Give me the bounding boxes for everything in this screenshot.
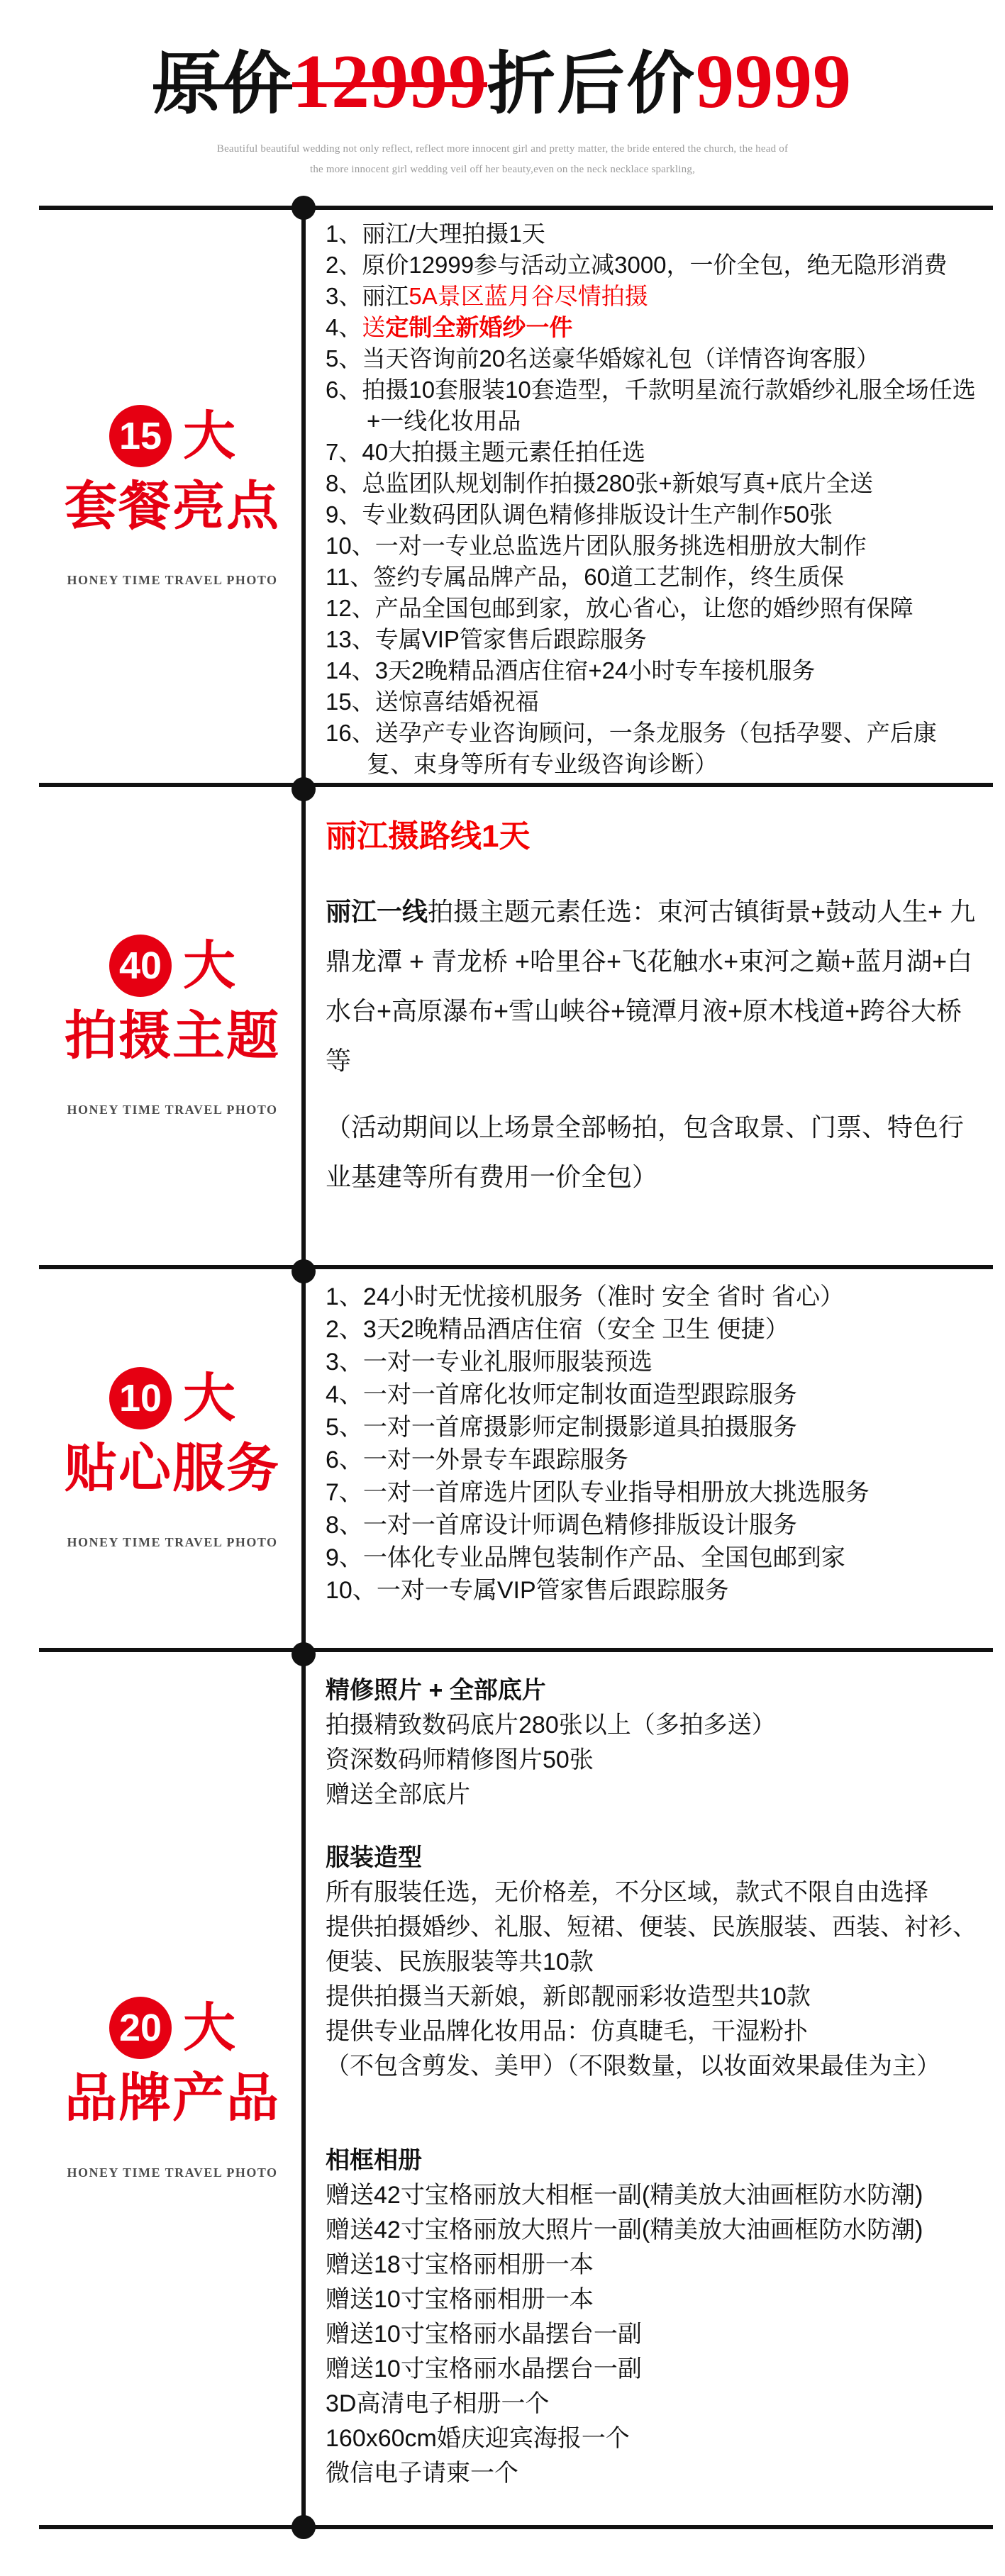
- section-label-title: 套餐亮点: [65, 476, 280, 536]
- section-content: 1、丽江/大理拍摄1天 2、原价12999参与活动立减3000，一价全包，绝无隐…: [306, 210, 993, 783]
- section-brand-products: 20 大 品牌产品 HONEY TIME TRAVEL PHOTO 精修照片 +…: [39, 1652, 993, 2529]
- item-text-red: 送: [362, 314, 385, 340]
- item-row: 3、一对一专业礼服师服装预选: [326, 1346, 977, 1378]
- badge-circle: 20: [109, 1997, 172, 2059]
- item-row: 15、送惊喜结婚祝福: [326, 686, 977, 718]
- item-text: 8、总监团队规划制作拍摄280张+新娘写真+底片全送: [326, 470, 873, 496]
- promo-page: 原价12999折后价9999 Beautiful beautiful weddi…: [0, 0, 1005, 2576]
- badge-number: 40: [119, 947, 162, 985]
- badge-number: 20: [119, 2009, 162, 2047]
- item-row: 11、签约专属品牌产品，60道工艺制作，终生质保: [326, 562, 977, 593]
- section-photo-themes: 40 大 拍摄主题 HONEY TIME TRAVEL PHOTO 丽江摄路线1…: [39, 787, 993, 1269]
- badge-row: 15 大: [109, 405, 235, 467]
- item-row: 1、丽江/大理拍摄1天: [326, 218, 977, 250]
- item-row: 7、一对一首席选片团队专业指导相册放大挑选服务: [326, 1476, 977, 1509]
- discount-price-label: 折后价: [487, 46, 696, 122]
- block-line: 拍摄精致数码底片280张以上（多拍多送）: [326, 1708, 977, 1743]
- badge-unit: 大: [183, 1372, 235, 1424]
- badge-circle: 10: [109, 1367, 172, 1429]
- item-row: 12、产品全国包邮到家，放心省心，让您的婚纱照有保障: [326, 593, 977, 624]
- english-subtitle-line2: the more innocent girl wedding veil off …: [310, 164, 695, 175]
- item-row: 8、总监团队规划制作拍摄280张+新娘写真+底片全送: [326, 468, 977, 499]
- original-price-label: 原价: [153, 46, 292, 122]
- route-description-lead: 丽江一线: [326, 897, 428, 926]
- item-text: 4、: [326, 314, 362, 340]
- item-text: 14、3天2晚精品酒店住宿+24小时专车接机服务: [326, 657, 815, 684]
- section-content: 精修照片 + 全部底片 拍摄精致数码底片280张以上（多拍多送） 资深数码师精修…: [306, 1652, 993, 2525]
- section-label-title: 品牌产品: [65, 2068, 280, 2128]
- block-heading: 相框相册: [326, 2143, 977, 2178]
- block-line: 提供专业品牌化妆用品：仿真睫毛，干湿粉扑: [326, 2014, 977, 2049]
- item-text-red: 5A景区蓝月谷尽情拍摄: [409, 283, 648, 309]
- english-subtitle-line1: Beautiful beautiful wedding not only ref…: [217, 143, 788, 155]
- block-line: 赠送全部底片: [326, 1778, 977, 1812]
- item-row: 2、原价12999参与活动立减3000，一价全包，绝无隐形消费: [326, 250, 977, 281]
- section-content: 1、24小时无忧接机服务（准时 安全 省时 省心） 2、3天2晚精品酒店住宿（安…: [306, 1269, 993, 1648]
- block-line: 赠送42寸宝格丽放大照片一副(精美放大油画框防水防潮): [326, 2213, 977, 2248]
- section-label: 40 大 拍摄主题 HONEY TIME TRAVEL PHOTO: [39, 787, 306, 1265]
- original-price-value: 12999: [292, 40, 487, 124]
- item-text: 10、一对一专业总监选片团队服务挑选相册放大制作: [326, 533, 867, 559]
- item-row: 4、送定制全新婚纱一件: [326, 312, 977, 343]
- item-row: 16、送孕产专业咨询顾问，一条龙服务（包括孕婴、产后康复、束身等所有专业级咨询诊…: [326, 718, 977, 780]
- item-row: 2、3天2晚精品酒店住宿（安全 卫生 便捷）: [326, 1313, 977, 1346]
- item-row: 10、一对一专业总监选片团队服务挑选相册放大制作: [326, 530, 977, 562]
- item-text: 2、原价12999参与活动立减3000，一价全包，绝无隐形消费: [326, 252, 948, 278]
- badge-number: 10: [119, 1379, 162, 1417]
- badge-row: 10 大: [109, 1367, 235, 1429]
- divider-dot: [291, 777, 316, 801]
- badge-row: 20 大: [109, 1997, 235, 2059]
- block-line: 赠送18寸宝格丽相册一本: [326, 2248, 977, 2282]
- badge-circle: 15: [109, 405, 172, 467]
- badge-circle: 40: [109, 935, 172, 997]
- item-text: 7、40大拍摄主题元素任拍任选: [326, 439, 645, 465]
- package-panel: 15 大 套餐亮点 HONEY TIME TRAVEL PHOTO 1、丽江/大…: [39, 206, 993, 2529]
- block-line: 赠送10寸宝格丽水晶摆台一副: [326, 2317, 977, 2352]
- item-row: 7、40大拍摄主题元素任拍任选: [326, 437, 977, 468]
- badge-unit: 大: [183, 410, 235, 462]
- item-text: 5、当天咨询前20名送豪华婚嫁礼包（详情咨询客服）: [326, 345, 879, 372]
- item-row: 9、专业数码团队调色精修排版设计生产制作50张: [326, 499, 977, 530]
- item-row: 8、一对一首席设计师调色精修排版设计服务: [326, 1509, 977, 1541]
- item-row: 9、一体化专业品牌包装制作产品、全国包邮到家: [326, 1541, 977, 1574]
- item-text: 3、丽江: [326, 283, 409, 309]
- section-care-services: 10 大 贴心服务 HONEY TIME TRAVEL PHOTO 1、24小时…: [39, 1269, 993, 1652]
- divider-dot: [291, 196, 316, 220]
- route-note: （活动期间以上场景全部畅拍，包含取景、门票、特色行业基建等所有费用一价全包）: [326, 1103, 977, 1202]
- brand-caption: HONEY TIME TRAVEL PHOTO: [67, 1535, 277, 1550]
- badge-unit: 大: [183, 939, 235, 992]
- section-label: 15 大 套餐亮点 HONEY TIME TRAVEL PHOTO: [39, 210, 306, 783]
- divider-vertical-line: [301, 206, 306, 2529]
- english-subtitle: Beautiful beautiful wedding not only ref…: [0, 139, 1005, 179]
- section-label: 20 大 品牌产品 HONEY TIME TRAVEL PHOTO: [39, 1652, 306, 2525]
- item-row: 5、当天咨询前20名送豪华婚嫁礼包（详情咨询客服）: [326, 343, 977, 374]
- item-text: 6、拍摄10套服装10套造型，千款明星流行款婚纱礼服全场任选+一线化妆用品: [326, 377, 976, 434]
- item-text: 1、丽江/大理拍摄1天: [326, 221, 545, 247]
- section-package-highlights: 15 大 套餐亮点 HONEY TIME TRAVEL PHOTO 1、丽江/大…: [39, 206, 993, 787]
- product-block-costume: 服装造型 所有服装任选，无价格差，不分区域，款式不限自由选择 提供拍摄婚纱、礼服…: [326, 1841, 977, 2084]
- product-block-retouch: 精修照片 + 全部底片 拍摄精致数码底片280张以上（多拍多送） 资深数码师精修…: [326, 1673, 977, 1812]
- item-row: 1、24小时无忧接机服务（准时 安全 省时 省心）: [326, 1281, 977, 1313]
- item-row: 14、3天2晚精品酒店住宿+24小时专车接机服务: [326, 655, 977, 686]
- block-line: （不包含剪发、美甲）（不限数量，以妆面效果最佳为主）: [326, 2049, 977, 2084]
- block-line: 微信电子请柬一个: [326, 2456, 977, 2491]
- item-text: 15、送惊喜结婚祝福: [326, 688, 539, 715]
- block-heading: 服装造型: [326, 1841, 977, 1875]
- block-line: 提供拍摄当天新娘，新郎靓丽彩妆造型共10款: [326, 1980, 977, 2014]
- price-title: 原价12999折后价9999: [0, 44, 1005, 121]
- item-row: 5、一对一首席摄影师定制摄影道具拍摄服务: [326, 1411, 977, 1444]
- section-label: 10 大 贴心服务 HONEY TIME TRAVEL PHOTO: [39, 1269, 306, 1648]
- block-line: 赠送10寸宝格丽水晶摆台一副: [326, 2352, 977, 2387]
- block-line: 赠送42寸宝格丽放大相框一副(精美放大油画框防水防潮): [326, 2178, 977, 2213]
- item-row: 4、一对一首席化妆师定制妆面造型跟踪服务: [326, 1378, 977, 1411]
- item-row: 10、一对一专属VIP管家售后跟踪服务: [326, 1574, 977, 1607]
- section-label-title: 拍摄主题: [65, 1005, 280, 1066]
- divider-dot: [291, 2515, 316, 2539]
- block-line: 提供拍摄婚纱、礼服、短裙、便装、民族服装、西装、衬衫、便装、民族服装等共10款: [326, 1910, 977, 1980]
- route-description: 丽江一线拍摄主题元素任选：束河古镇街景+鼓动人生+ 九鼎龙潭 + 青龙桥 +哈里…: [326, 887, 977, 1086]
- item-text: 13、专属VIP管家售后跟踪服务: [326, 626, 647, 652]
- section-label-title: 贴心服务: [65, 1438, 280, 1498]
- block-line: 所有服装任选，无价格差，不分区域，款式不限自由选择: [326, 1875, 977, 1910]
- item-row: 13、专属VIP管家售后跟踪服务: [326, 624, 977, 655]
- badge-row: 40 大: [109, 935, 235, 997]
- item-text: 11、签约专属品牌产品，60道工艺制作，终生质保: [326, 564, 844, 590]
- block-line: 资深数码师精修图片50张: [326, 1743, 977, 1778]
- block-line: 160x60cm婚庆迎宾海报一个: [326, 2421, 977, 2456]
- brand-caption: HONEY TIME TRAVEL PHOTO: [67, 1103, 277, 1117]
- route-title: 丽江摄路线1天: [326, 818, 977, 856]
- brand-caption: HONEY TIME TRAVEL PHOTO: [67, 573, 277, 588]
- divider-dot: [291, 1642, 316, 1666]
- item-row: 3、丽江5A景区蓝月谷尽情拍摄: [326, 281, 977, 312]
- badge-number: 15: [119, 417, 162, 455]
- block-heading: 精修照片 + 全部底片: [326, 1673, 977, 1708]
- block-line: 3D高清电子相册一个: [326, 2387, 977, 2421]
- item-row: 6、一对一外景专车跟踪服务: [326, 1444, 977, 1476]
- block-line: 赠送10寸宝格丽相册一本: [326, 2282, 977, 2317]
- item-text: 16、送孕产专业咨询顾问，一条龙服务（包括孕婴、产后康复、束身等所有专业级咨询诊…: [326, 720, 937, 777]
- item-text: 9、专业数码团队调色精修排版设计生产制作50张: [326, 501, 833, 528]
- price-header: 原价12999折后价9999 Beautiful beautiful weddi…: [0, 0, 1005, 206]
- item-text: 12、产品全国包邮到家，放心省心，让您的婚纱照有保障: [326, 595, 914, 621]
- divider-dot: [291, 1259, 316, 1283]
- item-text-red-bold: 定制全新婚纱一件: [385, 314, 572, 340]
- discount-price-value: 9999: [696, 40, 852, 124]
- brand-caption: HONEY TIME TRAVEL PHOTO: [67, 2165, 277, 2180]
- section-content: 丽江摄路线1天 丽江一线拍摄主题元素任选：束河古镇街景+鼓动人生+ 九鼎龙潭 +…: [306, 787, 993, 1265]
- product-block-frames: 相框相册 赠送42寸宝格丽放大相框一副(精美放大油画框防水防潮) 赠送42寸宝格…: [326, 2143, 977, 2491]
- badge-unit: 大: [183, 2002, 235, 2054]
- item-row: 6、拍摄10套服装10套造型，千款明星流行款婚纱礼服全场任选+一线化妆用品: [326, 374, 977, 437]
